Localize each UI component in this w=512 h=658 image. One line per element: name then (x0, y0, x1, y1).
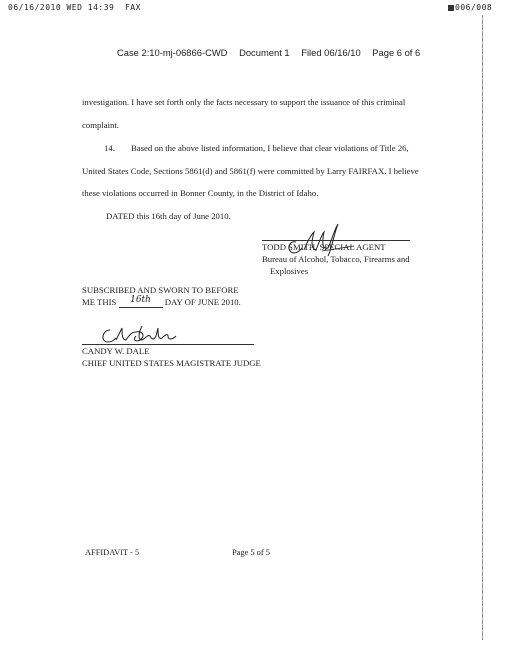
case-header: Case 2:10-mj-06866-CWD Document 1 Filed … (117, 47, 429, 58)
jurat-line-2: ME THIS 16th DAY OF JUNE 2010. (82, 297, 241, 308)
fax-page-number: 006/008 (455, 3, 492, 12)
case-number: Case 2:10-mj-06866-CWD (117, 47, 227, 58)
jurat-prefix: ME THIS (82, 297, 116, 307)
case-page-number: Page 6 of 6 (372, 47, 420, 58)
body-line-4: United States Code, Sections 5861(d) and… (82, 166, 419, 176)
filed-date: Filed 06/16/10 (301, 47, 360, 58)
scan-edge-line (482, 15, 483, 640)
fax-timestamp: 06/16/2010 WED 14:39 FAX (8, 3, 141, 12)
judge-name: CANDY W. DALE (82, 346, 150, 356)
jurat-line-1: SUBSCRIBED AND SWORN TO BEFORE (82, 285, 239, 295)
jurat-suffix: DAY OF JUNE 2010. (165, 297, 241, 307)
jurat-day-field: 16th (119, 297, 163, 308)
agent-agency-line-1: Bureau of Alcohol, Tobacco, Firearms and (262, 254, 410, 264)
body-line-2: complaint. (82, 120, 119, 130)
fax-page-icon (448, 5, 454, 11)
body-line-3: Based on the above listed information, I… (131, 143, 409, 153)
judge-signature-line (82, 344, 254, 345)
dated-line: DATED this 16th day of June 2010. (106, 211, 231, 221)
agent-agency-line-2: Explosives (270, 266, 308, 276)
agent-name-title: TODD SMITH, SPECIAL AGENT (262, 242, 386, 252)
jurat-day-handwritten: 16th (130, 295, 151, 305)
body-line-1: investigation. I have set forth only the… (82, 97, 405, 107)
judge-title: CHIEF UNITED STATES MAGISTRATE JUDGE (82, 358, 261, 368)
footer-affidavit-label: AFFIDAVIT - 5 (85, 548, 139, 557)
paragraph-number: 14. (104, 143, 115, 153)
document-number: Document 1 (239, 47, 290, 58)
agent-signature-line (262, 240, 410, 241)
fax-page-counter: 006/008 (448, 3, 492, 12)
body-line-5: these violations occurred in Bonner Coun… (82, 188, 318, 198)
footer-page-number: Page 5 of 5 (232, 548, 270, 557)
